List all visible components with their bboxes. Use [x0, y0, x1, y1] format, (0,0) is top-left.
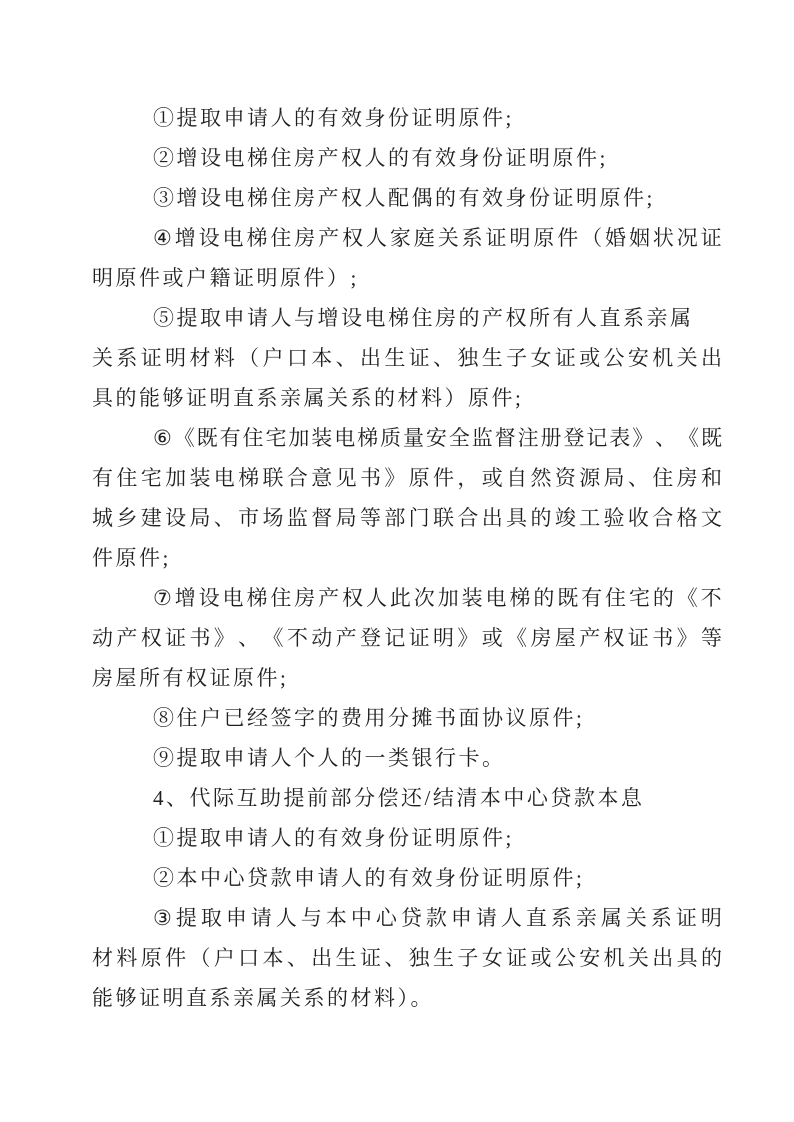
text-line: ①提取申请人的有效身份证明原件; — [92, 98, 722, 138]
text-line: 材料原件（户口本、出生证、独生子女证或公安机关出具的 — [92, 938, 722, 978]
text-line: 具的能够证明直系亲属关系的材料）原件; — [92, 378, 722, 418]
text-line: ⑦增设电梯住房产权人此次加装电梯的既有住宅的《不 — [92, 578, 722, 618]
text-line: 关系证明材料（户口本、出生证、独生子女证或公安机关出 — [92, 338, 722, 378]
text-line: ②增设电梯住房产权人的有效身份证明原件; — [92, 138, 722, 178]
text-line: 有住宅加装电梯联合意见书》原件，或自然资源局、住房和 — [92, 458, 722, 498]
text-line: ③增设电梯住房产权人配偶的有效身份证明原件; — [92, 178, 722, 218]
text-line: ⑥《既有住宅加装电梯质量安全监督注册登记表》、《既 — [92, 418, 722, 458]
document-page: ①提取申请人的有效身份证明原件;②增设电梯住房产权人的有效身份证明原件;③增设电… — [0, 0, 794, 1122]
text-line: ⑨提取申请人个人的一类银行卡。 — [92, 738, 722, 778]
text-line: ④增设电梯住房产权人家庭关系证明原件（婚姻状况证 — [92, 218, 722, 258]
text-line: ②本中心贷款申请人的有效身份证明原件; — [92, 858, 722, 898]
text-line: 4、代际互助提前部分偿还/结清本中心贷款本息 — [92, 778, 722, 818]
text-line: 动产权证书》、《不动产登记证明》或《房屋产权证书》等 — [92, 618, 722, 658]
text-line: ⑧住户已经签字的费用分摊书面协议原件; — [92, 698, 722, 738]
text-line: ⑤提取申请人与增设电梯住房的产权所有人直系亲属 — [92, 298, 722, 338]
text-line: 房屋所有权证原件; — [92, 658, 722, 698]
text-line: 明原件或户籍证明原件）; — [92, 258, 722, 298]
text-line: 能够证明直系亲属关系的材料）。 — [92, 978, 722, 1018]
text-line: ③提取申请人与本中心贷款申请人直系亲属关系证明 — [92, 898, 722, 938]
text-line: ①提取申请人的有效身份证明原件; — [92, 818, 722, 858]
text-line: 件原件; — [92, 538, 722, 578]
document-text-block: ①提取申请人的有效身份证明原件;②增设电梯住房产权人的有效身份证明原件;③增设电… — [92, 98, 722, 1018]
text-line: 城乡建设局、市场监督局等部门联合出具的竣工验收合格文 — [92, 498, 722, 538]
